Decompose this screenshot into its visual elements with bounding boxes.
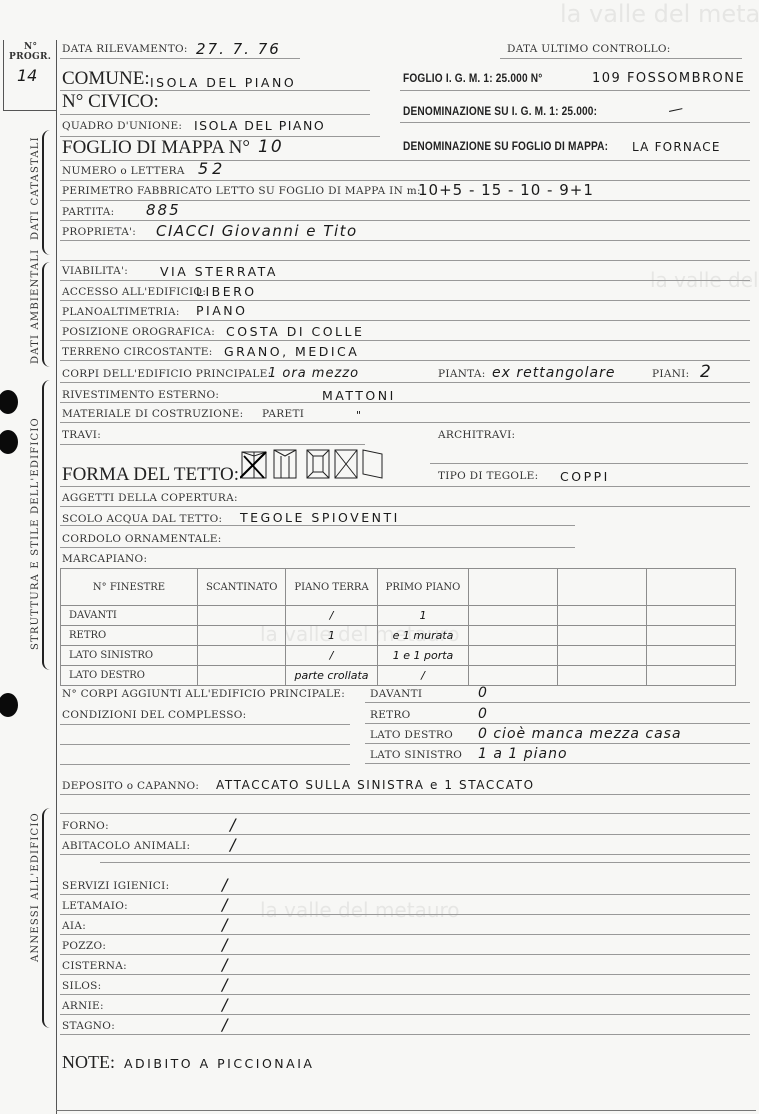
annessi-item-value[interactable]: / — [230, 835, 237, 854]
table-cell[interactable] — [558, 626, 647, 646]
civico-label: N° CIVICO: — [62, 91, 159, 113]
posizione-label: POSIZIONE OROGRAFICA: — [62, 326, 215, 338]
annessi-item-label: CISTERNA: — [62, 960, 127, 972]
progr-label-top: N° — [24, 42, 37, 52]
table-cell[interactable]: / — [377, 666, 469, 686]
table-cell[interactable] — [647, 606, 736, 626]
progr-value[interactable]: 14 — [17, 66, 37, 85]
annessi-item-value[interactable]: / — [222, 915, 229, 934]
table-cell[interactable] — [558, 606, 647, 626]
numero-lettera-value[interactable]: 52 — [198, 159, 226, 178]
row-label: LATO SINISTRO — [61, 646, 198, 666]
data-ultimo-controllo-label: DATA ULTIMO CONTROLLO: — [507, 43, 671, 55]
table-cell[interactable] — [469, 646, 558, 666]
travi-label: TRAVI: — [62, 429, 101, 441]
table-cell[interactable] — [647, 666, 736, 686]
table-cell[interactable] — [198, 606, 286, 626]
proprieta-label: PROPRIETA': — [62, 226, 136, 238]
table-cell[interactable]: / — [286, 646, 377, 666]
annessi-item-label: FORNO: — [62, 820, 109, 832]
watermark: la valle del metauro — [260, 898, 460, 922]
table-cell[interactable] — [558, 646, 647, 666]
deposito-value[interactable]: ATTACCATO SULLA SINISTRA e 1 STACCATO — [216, 778, 535, 792]
scolo-value[interactable]: TEGOLE SPIOVENTI — [240, 510, 400, 525]
table-cell[interactable] — [198, 666, 286, 686]
foglio-igm-value[interactable]: 109 FOSSOMBRONE — [592, 71, 745, 86]
data-rilevamento-label: DATA RILEVAMENTO: — [62, 43, 188, 55]
corpi-label: CORPI DELL'EDIFICIO PRINCIPALE: — [62, 368, 271, 380]
roof-shape-a-padiglione-croce-icon[interactable] — [333, 448, 361, 480]
finestre-header-cell — [469, 569, 558, 606]
finestre-header-cell — [558, 569, 647, 606]
annessi-item-value[interactable]: / — [222, 935, 229, 954]
deposito-label: DEPOSITO o CAPANNO: — [62, 780, 199, 792]
annessi-item-label: AIA: — [62, 920, 86, 932]
table-row: DAVANTI/1 — [61, 606, 736, 626]
table-cell[interactable] — [469, 606, 558, 626]
annessi-item-value[interactable]: / — [230, 815, 237, 834]
accesso-value[interactable]: LIBERO — [196, 284, 257, 299]
binder-hole — [0, 390, 18, 414]
foglio-mappa-value[interactable]: 10 — [258, 137, 284, 157]
corpi-aggiunti-item-label: RETRO — [370, 709, 411, 721]
foglio-igm-label: FOGLIO I. G. M. 1: 25.000 N° — [403, 73, 542, 85]
progr-box-line — [3, 40, 4, 110]
corpi-aggiunti-item-value[interactable]: 0 — [478, 706, 488, 722]
posizione-value[interactable]: COSTA DI COLLE — [226, 324, 364, 339]
annessi-item-label: LETAMAIO: — [62, 900, 128, 912]
terreno-value[interactable]: GRANO, MEDICA — [224, 344, 359, 359]
roof-shape-a-padiglione-trapezio-icon[interactable] — [305, 448, 333, 480]
accesso-label: ACCESSO ALL'EDIFICIO: — [62, 286, 206, 298]
rivestimento-label: RIVESTIMENTO ESTERNO: — [62, 389, 219, 401]
table-cell[interactable] — [198, 626, 286, 646]
tipo-tegole-value[interactable]: COPPI — [560, 469, 610, 484]
materiale-pareti-label: PARETI — [262, 408, 304, 420]
pianta-value[interactable]: ex rettangolare — [492, 365, 615, 381]
table-cell[interactable]: 1 — [286, 626, 377, 646]
watermark: la valle del metauro — [560, 0, 759, 28]
binder-hole — [0, 693, 18, 717]
perimetro-value[interactable]: 10+5 - 15 - 10 - 9+1 — [418, 181, 594, 199]
table-cell[interactable] — [469, 626, 558, 646]
corpi-aggiunti-item-label: LATO DESTRO — [370, 729, 453, 741]
viabilita-value[interactable]: VIA STERRATA — [160, 264, 278, 279]
table-cell[interactable]: 1 e 1 porta — [377, 646, 469, 666]
annessi-item-value[interactable]: / — [222, 975, 229, 994]
finestre-header-cell: PIANO TERRA — [286, 569, 377, 606]
finestre-header-cell: SCANTINATO — [198, 569, 286, 606]
corpi-aggiunti-item-label: DAVANTI — [370, 688, 422, 700]
table-cell[interactable] — [647, 646, 736, 666]
table-cell[interactable]: / — [286, 606, 377, 626]
finestre-header-cell: PRIMO PIANO — [377, 569, 469, 606]
section-brace — [42, 262, 50, 367]
scolo-label: SCOLO ACQUA DAL TETTO: — [62, 513, 222, 525]
corpi-aggiunti-item-value[interactable]: 0 cioè manca mezza casa — [478, 726, 682, 742]
table-cell[interactable] — [198, 646, 286, 666]
annessi-item-value[interactable]: / — [222, 875, 229, 894]
side-label-catastali: DATI CATASTALI — [30, 136, 41, 240]
comune-value[interactable]: ISOLA DEL PIANO — [150, 75, 296, 90]
section-brace — [42, 808, 50, 1028]
annessi-item-value[interactable]: / — [222, 955, 229, 974]
denominazione-igm-value[interactable]: — — [666, 98, 686, 119]
note-label: NOTE: — [62, 1052, 115, 1073]
marcapiano-label: MARCAPIANO: — [62, 553, 147, 565]
table-row: RETRO1e 1 murata — [61, 626, 736, 646]
tipo-tegole-label: TIPO DI TEGOLE: — [438, 470, 538, 482]
finestre-header-cell — [647, 569, 736, 606]
viabilita-label: VIABILITA': — [62, 265, 128, 277]
side-label-struttura: STRUTTURA E STILE DELL'EDIFICIO — [30, 417, 41, 650]
row-label: LATO DESTRO — [61, 666, 198, 686]
table-cell[interactable] — [647, 626, 736, 646]
denominazione-igm-label: DENOMINAZIONE SU I. G. M. 1: 25.000: — [403, 106, 597, 118]
annessi-item-label: ARNIE: — [62, 1000, 104, 1012]
materiale-label: MATERIALE DI COSTRUZIONE: — [62, 408, 243, 420]
piani-value[interactable]: 2 — [700, 362, 713, 382]
denominazione-mappa-label: DENOMINAZIONE SU FOGLIO DI MAPPA: — [403, 141, 608, 153]
proprieta-value[interactable]: CIACCI Giovanni e Tito — [156, 222, 358, 240]
perimetro-label: PERIMETRO FABBRICATO LETTO SU FOGLIO DI … — [62, 185, 421, 197]
form-margin-line — [56, 40, 57, 1114]
table-cell[interactable]: e 1 murata — [377, 626, 469, 646]
piani-label: PIANI: — [652, 368, 689, 380]
side-label-annessi: ANNESSI ALL'EDIFICIO — [30, 812, 41, 962]
binder-hole — [0, 430, 18, 454]
corpi-aggiunti-item-value[interactable]: 1 a 1 piano — [478, 746, 568, 762]
numero-lettera-label: NUMERO o LETTERA — [62, 165, 185, 177]
table-row: LATO SINISTRO/1 e 1 porta — [61, 646, 736, 666]
section-brace — [42, 380, 50, 670]
table-cell[interactable] — [558, 666, 647, 686]
side-label-ambientali: DATI AMBIENTALI — [30, 249, 41, 364]
progr-label-bottom: PROGR. — [9, 52, 51, 62]
foglio-mappa-label: FOGLIO DI MAPPA N° — [62, 137, 250, 159]
corpi-aggiunti-label: N° CORPI AGGIUNTI ALL'EDIFICIO PRINCIPAL… — [62, 688, 345, 700]
denominazione-mappa-value[interactable]: LA FORNACE — [632, 140, 721, 154]
architravi-label: ARCHITRAVI: — [438, 429, 515, 441]
annessi-item-label: STAGNO: — [62, 1020, 115, 1032]
roof-shape-a-capanna-icon[interactable] — [240, 448, 268, 480]
row-label: DAVANTI — [61, 606, 198, 626]
annessi-item-value[interactable]: / — [222, 1015, 229, 1034]
table-cell[interactable]: 1 — [377, 606, 469, 626]
finestre-table: N° FINESTRESCANTINATOPIANO TERRAPRIMO PI… — [60, 568, 736, 686]
section-brace — [42, 130, 50, 255]
roof-shape-a-padiglione-lungo-icon[interactable] — [272, 448, 300, 480]
condizioni-label: CONDIZIONI DEL COMPLESSO: — [62, 709, 246, 721]
annessi-item-value[interactable]: / — [222, 895, 229, 914]
corpi-aggiunti-item-label: LATO SINISTRO — [370, 749, 462, 761]
roof-shape-a-falda-unica-icon[interactable] — [360, 448, 388, 480]
annessi-item-value[interactable]: / — [222, 995, 229, 1014]
row-label: RETRO — [61, 626, 198, 646]
comune-label: COMUNE: — [62, 68, 150, 90]
aggetti-label: AGGETTI DELLA COPERTURA: — [62, 492, 238, 504]
table-cell[interactable]: parte crollata — [286, 666, 377, 686]
partita-label: PARTITA: — [62, 206, 115, 218]
corpi-value[interactable]: 1 ora mezzo — [268, 366, 359, 381]
terreno-label: TERRENO CIRCOSTANTE: — [62, 346, 213, 358]
partita-value[interactable]: 885 — [146, 201, 181, 219]
materiale-pareti-value[interactable]: " — [356, 409, 363, 422]
table-cell[interactable] — [469, 666, 558, 686]
finestre-header-row: N° FINESTRESCANTINATOPIANO TERRAPRIMO PI… — [61, 569, 736, 606]
annessi-item-label: POZZO: — [62, 940, 106, 952]
planoaltimetria-label: PLANOALTIMETRIA: — [62, 306, 180, 318]
note-value[interactable]: ADIBITO A PICCIONAIA — [124, 1056, 314, 1071]
quadro-unione-label: QUADRO D'UNIONE: — [62, 120, 182, 132]
rivestimento-value[interactable]: MATTONI — [322, 388, 396, 403]
data-rilevamento-value[interactable]: 27. 7. 76 — [196, 40, 281, 58]
quadro-unione-value[interactable]: ISOLA DEL PIANO — [194, 118, 325, 133]
progr-box-line — [3, 110, 56, 111]
planoaltimetria-value[interactable]: PIANO — [196, 303, 247, 318]
forma-tetto-label: FORMA DEL TETTO: — [62, 464, 239, 486]
annessi-item-label: ABITACOLO ANIMALI: — [62, 840, 190, 852]
annessi-item-label: SERVIZI IGIENICI: — [62, 880, 169, 892]
cordolo-label: CORDOLO ORNAMENTALE: — [62, 533, 222, 545]
table-row: LATO DESTROparte crollata/ — [61, 666, 736, 686]
corpi-aggiunti-item-value[interactable]: 0 — [478, 685, 488, 701]
finestre-header-cell: N° FINESTRE — [61, 569, 198, 606]
pianta-label: PIANTA: — [438, 368, 486, 380]
annessi-item-label: SILOS: — [62, 980, 101, 992]
